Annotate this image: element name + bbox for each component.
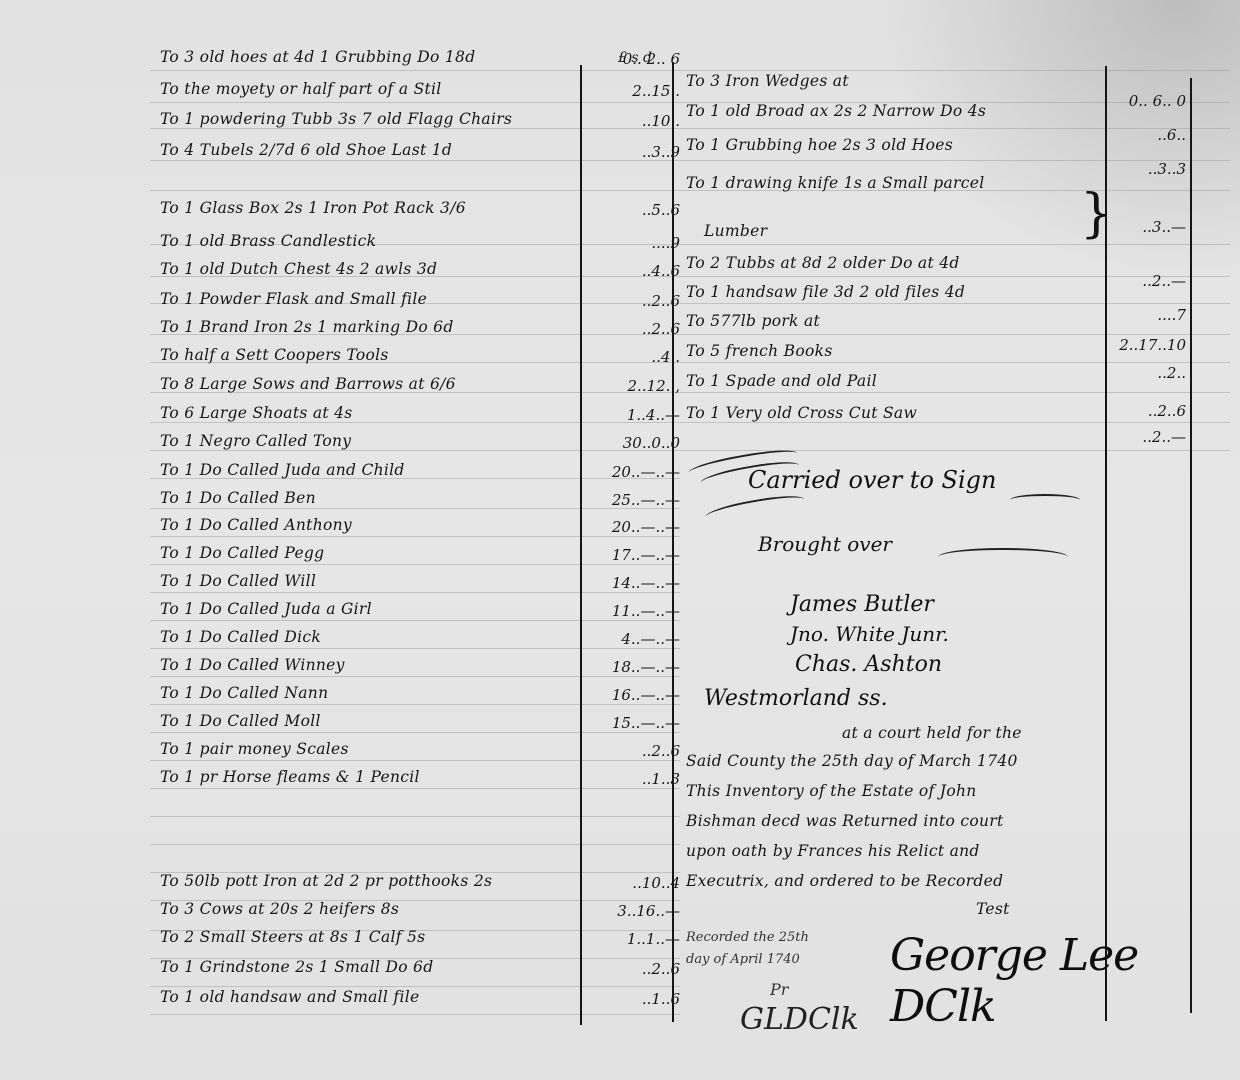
inventory-item: To the moyety or half part of a Stil	[160, 80, 442, 98]
item-amount: ..2..6	[1106, 402, 1186, 420]
inventory-item: To 8 Large Sows and Barrows at 6/6	[160, 375, 456, 393]
carried-over-label: Carried over to Sign	[748, 466, 996, 494]
item-amount: 2..17..10	[1106, 336, 1186, 354]
item-amount: 25..—..—	[580, 491, 680, 509]
inventory-item: To 1 Do Called Dick	[160, 628, 321, 646]
item-amount: 18..—..—	[580, 658, 680, 676]
inventory-item: To 1 powdering Tubb 3s 7 old Flagg Chair…	[160, 110, 512, 128]
item-amount: 1..1..—	[580, 930, 680, 948]
inventory-item: To 50lb pott Iron at 2d 2 pr potthooks 2…	[160, 872, 492, 890]
inventory-item: To 1 Do Called Moll	[160, 712, 321, 730]
item-amount: ..1..3	[580, 770, 680, 788]
item-amount: 20..—..—	[580, 518, 680, 536]
recorded-pr: Pr	[770, 980, 788, 999]
ledger-page: £ s d To 3 old hoes at 4d 1 Grubbing Do …	[0, 0, 1240, 1080]
inventory-item: To 1 handsaw file 3d 2 old files 4d	[686, 283, 965, 301]
item-amount: ..4..	[580, 348, 680, 366]
item-amount: ..2..6	[580, 292, 680, 310]
item-amount: 16..—..—	[580, 686, 680, 704]
item-amount: ..3..9	[580, 143, 680, 161]
inventory-item: To 1 Negro Called Tony	[160, 432, 351, 450]
inventory-item: To 2 Tubbs at 8d 2 older Do at 4d	[686, 254, 960, 272]
inventory-item: To 1 Glass Box 2s 1 Iron Pot Rack 3/6	[160, 199, 466, 217]
recorded-note: Recorded the 25th	[686, 930, 809, 945]
inventory-item: To 2 Small Steers at 8s 1 Calf 5s	[160, 928, 425, 946]
inventory-item: To 1 Grindstone 2s 1 Small Do 6d	[160, 958, 433, 976]
pen-flourish	[704, 491, 805, 524]
item-amount: ..10..	[580, 112, 680, 130]
item-amount: ..2..—	[1106, 428, 1186, 446]
inventory-item: To 1 Do Called Pegg	[160, 544, 324, 562]
inventory-item: To 1 pr Horse fleams & 1 Pencil	[160, 768, 420, 786]
inventory-item: To 6 Large Shoats at 4s	[160, 404, 353, 422]
county-label: Westmorland ss.	[704, 686, 888, 711]
court-record-line: Bishman decd was Returned into court	[686, 812, 1003, 830]
item-amount: ....9	[580, 234, 680, 252]
inventory-item: To 1 old Brass Candlestick	[160, 232, 376, 250]
item-amount: ..2..	[1106, 364, 1186, 382]
inventory-item: To 1 Do Called Juda a Girl	[160, 600, 372, 618]
item-amount: ..4..6	[580, 262, 680, 280]
item-amount: 0.. 6.. 0	[1106, 92, 1186, 110]
item-amount: 15..—..—	[580, 714, 680, 732]
inventory-item: To 1 old handsaw and Small file	[160, 988, 419, 1006]
court-record-line: upon oath by Frances his Relict and	[686, 842, 980, 860]
inventory-item: To 1 Brand Iron 2s 1 marking Do 6d	[160, 318, 454, 336]
inventory-item: To 3 old hoes at 4d 1 Grubbing Do 18d	[160, 48, 475, 66]
clerk-initials-signature: GLDClk	[740, 1002, 859, 1037]
inventory-item: To 1 Do Called Ben	[160, 489, 316, 507]
inventory-item: To 1 Powder Flask and Small file	[160, 290, 427, 308]
item-amount: 3..16..—	[580, 902, 680, 920]
pen-flourish	[1010, 494, 1080, 506]
item-amount: ..3..—	[1106, 218, 1186, 236]
item-amount: 4..—..—	[580, 630, 680, 648]
item-amount: 14..—..—	[580, 574, 680, 592]
pen-flourish	[938, 548, 1068, 566]
item-amount: ..5..6	[580, 201, 680, 219]
recorded-note: day of April 1740	[686, 952, 800, 967]
inventory-item: To 1 old Dutch Chest 4s 2 awls 3d	[160, 260, 437, 278]
inventory-item: To 1 Do Called Juda and Child	[160, 461, 405, 479]
item-amount: 2..15..	[580, 82, 680, 100]
inventory-item: To 3 Cows at 20s 2 heifers 8s	[160, 900, 399, 918]
item-amount: ..2..6	[580, 742, 680, 760]
item-amount: ..10..4	[580, 874, 680, 892]
item-amount: ..2..6	[580, 320, 680, 338]
item-amount: 1..4..—	[580, 406, 680, 424]
court-record-line: Said County the 25th day of March 1740	[686, 752, 1018, 770]
brought-over-label: Brought over	[758, 532, 892, 556]
inventory-item: To 4 Tubels 2/7d 6 old Shoe Last 1d	[160, 141, 452, 159]
inventory-item: To 3 Iron Wedges at	[686, 72, 849, 90]
inventory-item: To 1 Do Called Will	[160, 572, 316, 590]
inventory-item: To 1 pair money Scales	[160, 740, 349, 758]
item-amount: ..2..6	[580, 960, 680, 978]
inventory-item: Lumber	[704, 222, 767, 240]
inventory-item: To 5 french Books	[686, 342, 833, 360]
inventory-item: To 1 Do Called Anthony	[160, 516, 352, 534]
item-amount: ....7	[1106, 306, 1186, 324]
item-amount: 17..—..—	[580, 546, 680, 564]
item-amount: 0.. 2.. 6	[580, 50, 680, 68]
inventory-item: To 1 old Broad ax 2s 2 Narrow Do 4s	[686, 102, 986, 120]
inventory-item: To 1 Do Called Nann	[160, 684, 328, 702]
item-amount: 11..—..—	[580, 602, 680, 620]
teste-label: Test	[976, 900, 1010, 918]
item-amount: 20..—..—	[580, 463, 680, 481]
appraiser-signature: James Butler	[790, 592, 934, 617]
court-record-line: at a court held for the	[842, 724, 1022, 742]
inventory-item: To 1 Very old Cross Cut Saw	[686, 404, 917, 422]
inventory-item: To 1 Spade and old Pail	[686, 372, 877, 390]
item-amount: ..6..	[1106, 126, 1186, 144]
inventory-item: To 1 Do Called Winney	[160, 656, 345, 674]
inventory-item: To 1 drawing knife 1s a Small parcel	[686, 174, 984, 192]
court-record-line: This Inventory of the Estate of John	[686, 782, 977, 800]
right-amount-rule-end	[1190, 78, 1192, 1013]
item-amount: 2..12..,	[580, 377, 680, 395]
item-amount: 30..0..0	[580, 434, 680, 452]
inventory-item: To half a Sett Coopers Tools	[160, 346, 389, 364]
item-amount: ..2..—	[1106, 272, 1186, 290]
inventory-item: To 577lb pork at	[686, 312, 820, 330]
court-record-line: Executrix, and ordered to be Recorded	[686, 872, 1003, 890]
item-amount: ..1..6	[580, 990, 680, 1008]
appraiser-signature: Chas. Ashton	[795, 652, 942, 677]
inventory-item: To 1 Grubbing hoe 2s 3 old Hoes	[686, 136, 953, 154]
clerk-signature: George Lee DClk	[890, 930, 1240, 1032]
item-amount: ..3..3	[1106, 160, 1186, 178]
appraiser-signature: Jno. White Junr.	[790, 622, 949, 646]
